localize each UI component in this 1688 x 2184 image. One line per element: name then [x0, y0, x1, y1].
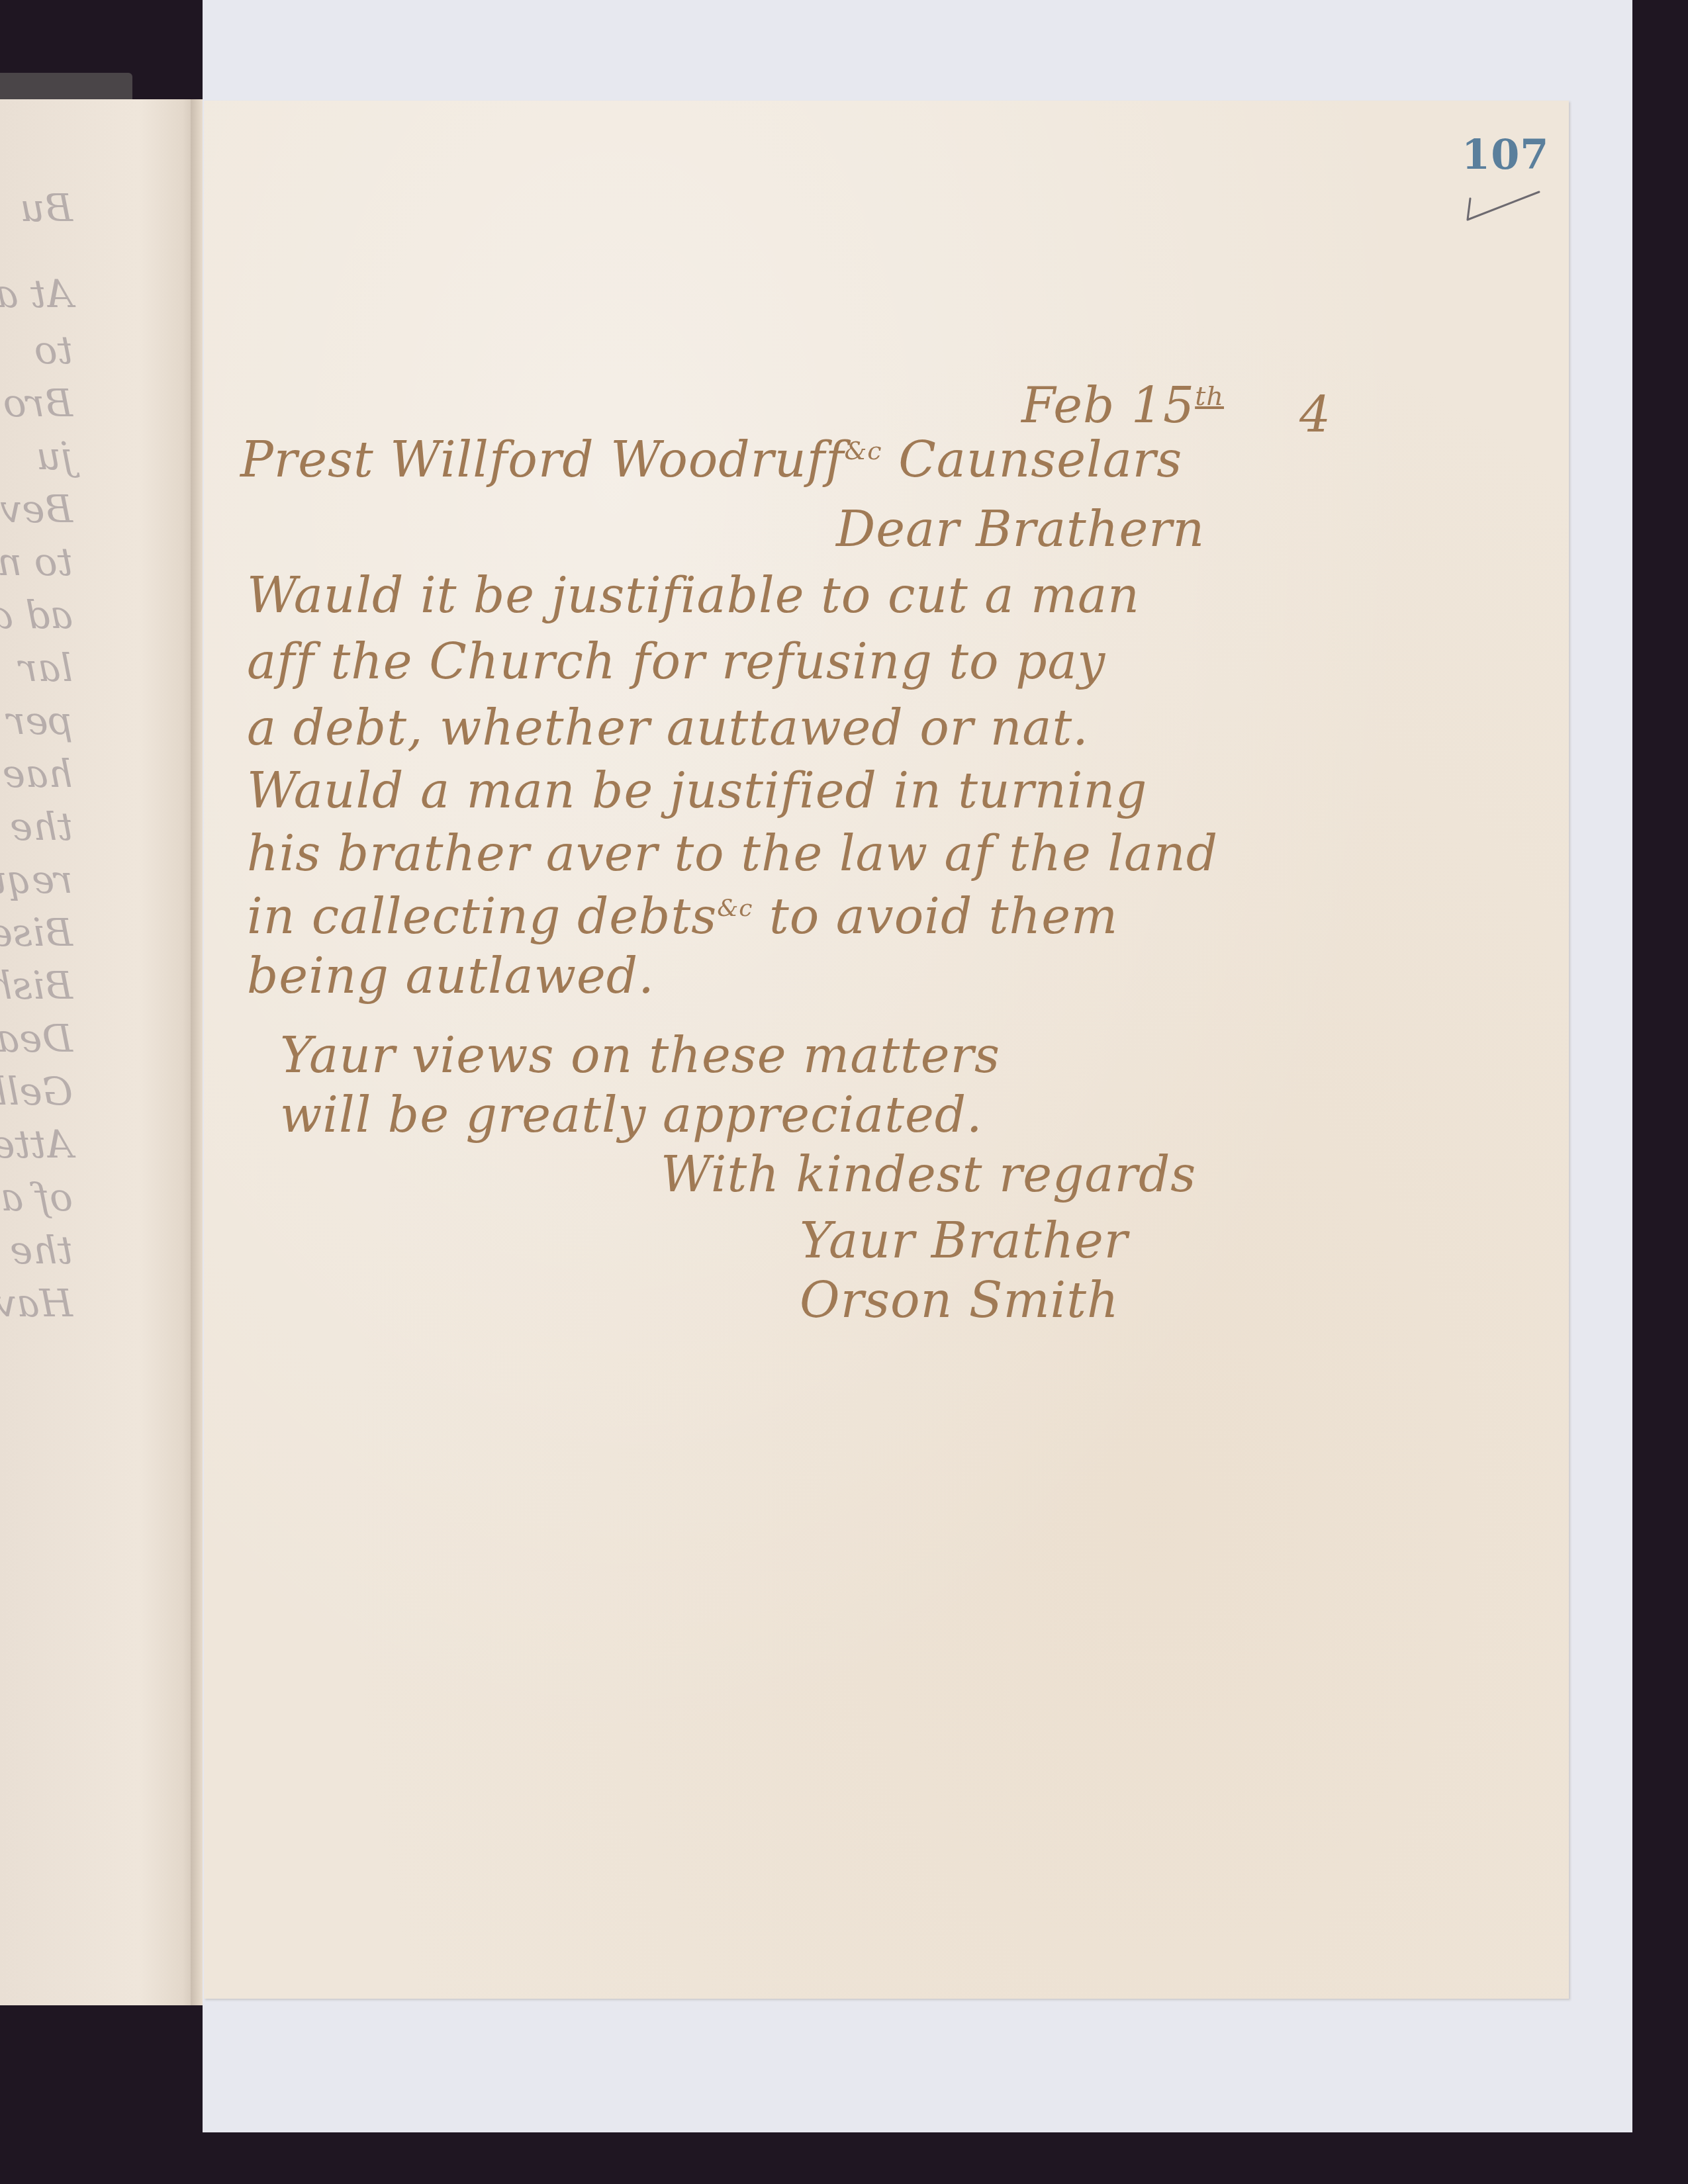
body-line-part: in callecting debts	[247, 888, 717, 945]
facing-page-text: hae	[0, 751, 73, 796]
facing-page-text: to	[0, 328, 73, 373]
folio-number-stamp: 107	[1462, 130, 1549, 179]
addressee-connector: &	[844, 436, 867, 465]
book-cover-edge	[0, 73, 132, 101]
facing-page-text: Atten	[0, 1122, 73, 1167]
greeting: Dear Brathern	[836, 501, 1205, 558]
facing-page-text: lar	[0, 645, 73, 690]
date-year-fragment: 4	[1299, 387, 1331, 443]
facing-page-text: requi	[0, 857, 73, 902]
facing-page-text: of an	[0, 1175, 73, 1220]
facing-page-text: At a	[0, 271, 73, 316]
body-line: Yaur views on these matters	[280, 1027, 1000, 1084]
facing-page-text: the C	[0, 804, 73, 849]
facing-page-text: Bish	[0, 963, 73, 1008]
facing-page-text: Bro	[0, 381, 73, 426]
body-line: Wauld it be justifiable to cut a man	[247, 567, 1140, 624]
addressee-suffix: c	[867, 436, 882, 465]
checkmark-icon	[1465, 187, 1544, 226]
facing-page-text: Dean	[0, 1016, 73, 1061]
body-line: will be greatly appreciated.	[280, 1087, 983, 1144]
addressee-line: Prest Willford Woodruff&c Caunselars	[240, 432, 1182, 488]
body-line: being autlawed.	[247, 948, 655, 1005]
facing-page-text: ad a	[0, 592, 73, 637]
body-line: aff the Church for refusing to pay	[247, 633, 1105, 690]
facing-page-text: Bu	[0, 185, 73, 230]
facing-page-text: Bev	[0, 486, 73, 531]
body-line-part: to avoid them	[769, 888, 1118, 945]
closing-line-2: Yaur Brather	[800, 1212, 1128, 1269]
facing-page-text: the ha	[0, 1228, 73, 1273]
closing: With kindest regards	[661, 1146, 1196, 1203]
facing-page-text: per	[0, 698, 73, 743]
body-line: his brather aver to the law af the land	[247, 825, 1218, 882]
facing-page-text: Bised	[0, 910, 73, 955]
facing-page: Bu At a to Bro ju Bev to no ad a lar per…	[0, 99, 199, 2005]
facing-page-text: ju	[0, 433, 73, 478]
signature: Orson Smith	[800, 1272, 1119, 1329]
body-line: Wauld a man be justified in turning	[247, 762, 1147, 819]
body-line: in callecting debts&c to avoid them	[247, 888, 1118, 945]
facing-page-text: Hav	[0, 1281, 73, 1326]
facing-page-text: Gell	[0, 1069, 73, 1114]
inserted-text: &c	[717, 895, 753, 922]
date-month-day: Feb 15	[1021, 377, 1195, 434]
addressee-name: Prest Willford Woodruff	[240, 432, 844, 488]
letter-sheet: 107 Feb 15th 4 Prest Willford Woodruff&c…	[204, 101, 1569, 1999]
addressee-group: Caunselars	[898, 432, 1182, 488]
book-spine-gutter	[191, 99, 203, 2005]
letter-date: Feb 15th	[1021, 377, 1224, 434]
facing-page-text: to no	[0, 539, 73, 584]
date-ordinal: th	[1195, 381, 1224, 412]
body-line: a debt, whether auttawed or nat.	[247, 700, 1089, 756]
